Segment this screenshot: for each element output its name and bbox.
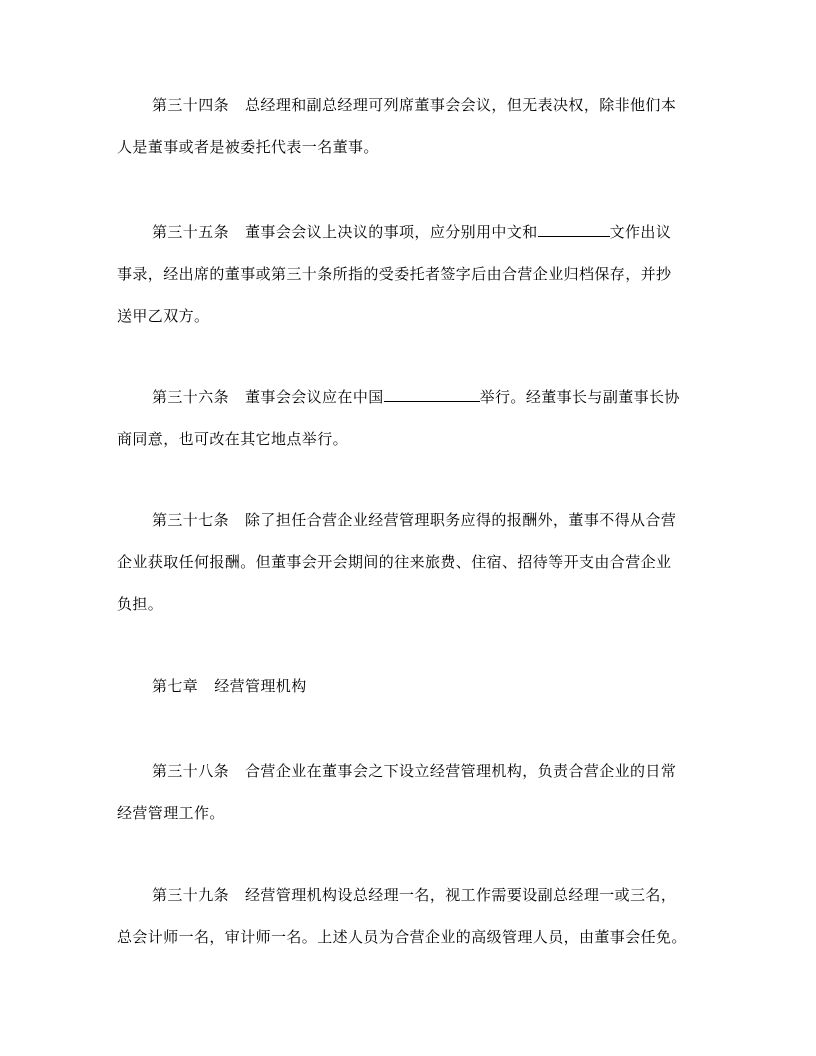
article-34-line-1: 第三十四条总经理和副总经理可列席董事会会议，但无表决权，除非他们本 (117, 84, 701, 126)
article-37-text: 除了担任合营企业经营管理职务应得的报酬外，董事不得从合营 (245, 511, 676, 529)
article-36: 第三十六条董事会会议应在中国举行。经董事长与副董事长协 商同意，也可改在其它地点… (117, 376, 701, 460)
chapter-7-heading: 第七章经营管理机构 (117, 665, 701, 707)
article-39-label: 第三十九条 (152, 886, 229, 904)
article-34: 第三十四条总经理和副总经理可列席董事会会议，但无表决权，除非他们本 人是董事或者… (117, 84, 701, 168)
article-34-line-2: 人是董事或者是被委托代表一名董事。 (117, 126, 701, 168)
chapter-7-title: 经营管理机构 (214, 677, 306, 695)
article-38-label: 第三十八条 (152, 762, 229, 780)
article-38-line-2: 经营管理工作。 (117, 792, 701, 834)
chapter-7-label: 第七章 (152, 677, 198, 695)
article-39: 第三十九条经营管理机构设总经理一名，视工作需要设副总经理一或三名， 总会计师一名… (117, 874, 701, 958)
article-36-line-1: 第三十六条董事会会议应在中国举行。经董事长与副董事长协 (117, 376, 701, 418)
chapter-7-line: 第七章经营管理机构 (117, 665, 701, 707)
article-36-text-post: 举行。经董事长与副董事长协 (480, 388, 680, 406)
article-38-text: 合营企业在董事会之下设立经营管理机构，负责合营企业的日常 (245, 762, 676, 780)
article-39-text: 经营管理机构设总经理一名，视工作需要设副总经理一或三名， (245, 886, 676, 904)
article-35: 第三十五条董事会会议上决议的事项，应分别用中文和文作出议 事录，经出席的董事或第… (117, 211, 701, 337)
location-blank-field[interactable] (384, 387, 480, 402)
article-34-text: 总经理和副总经理可列席董事会会议，但无表决权，除非他们本 (245, 96, 676, 114)
article-37-line-1: 第三十七条除了担任合营企业经营管理职务应得的报酬外，董事不得从合营 (117, 499, 701, 541)
article-39-line-1: 第三十九条经营管理机构设总经理一名，视工作需要设副总经理一或三名， (117, 874, 701, 916)
article-38-line-1: 第三十八条合营企业在董事会之下设立经营管理机构，负责合营企业的日常 (117, 750, 701, 792)
article-37-label: 第三十七条 (152, 511, 229, 529)
article-37: 第三十七条除了担任合营企业经营管理职务应得的报酬外，董事不得从合营 企业获取任何… (117, 499, 701, 625)
article-35-line-1: 第三十五条董事会会议上决议的事项，应分别用中文和文作出议 (117, 211, 701, 253)
article-35-text-post: 文作出议 (610, 223, 672, 241)
article-36-line-2: 商同意，也可改在其它地点举行。 (117, 418, 701, 460)
article-39-line-2: 总会计师一名，审计师一名。上述人员为合营企业的高级管理人员，由董事会任免。 (117, 916, 701, 958)
article-35-line-3: 送甲乙双方。 (117, 295, 701, 337)
article-37-line-3: 负担。 (117, 583, 701, 625)
article-35-line-2: 事录，经出席的董事或第三十条所指的受委托者签字后由合营企业归档保存，并抄 (117, 253, 701, 295)
article-35-text-pre: 董事会会议上决议的事项，应分别用中文和 (245, 223, 538, 241)
article-38: 第三十八条合营企业在董事会之下设立经营管理机构，负责合营企业的日常 经营管理工作… (117, 750, 701, 834)
article-35-label: 第三十五条 (152, 223, 229, 241)
article-36-text-pre: 董事会会议应在中国 (245, 388, 384, 406)
article-37-line-2: 企业获取任何报酬。但董事会开会期间的往来旅费、住宿、招待等开支由合营企业 (117, 541, 701, 583)
language-blank-field[interactable] (538, 222, 610, 237)
article-36-label: 第三十六条 (152, 388, 229, 406)
article-34-label: 第三十四条 (152, 96, 229, 114)
